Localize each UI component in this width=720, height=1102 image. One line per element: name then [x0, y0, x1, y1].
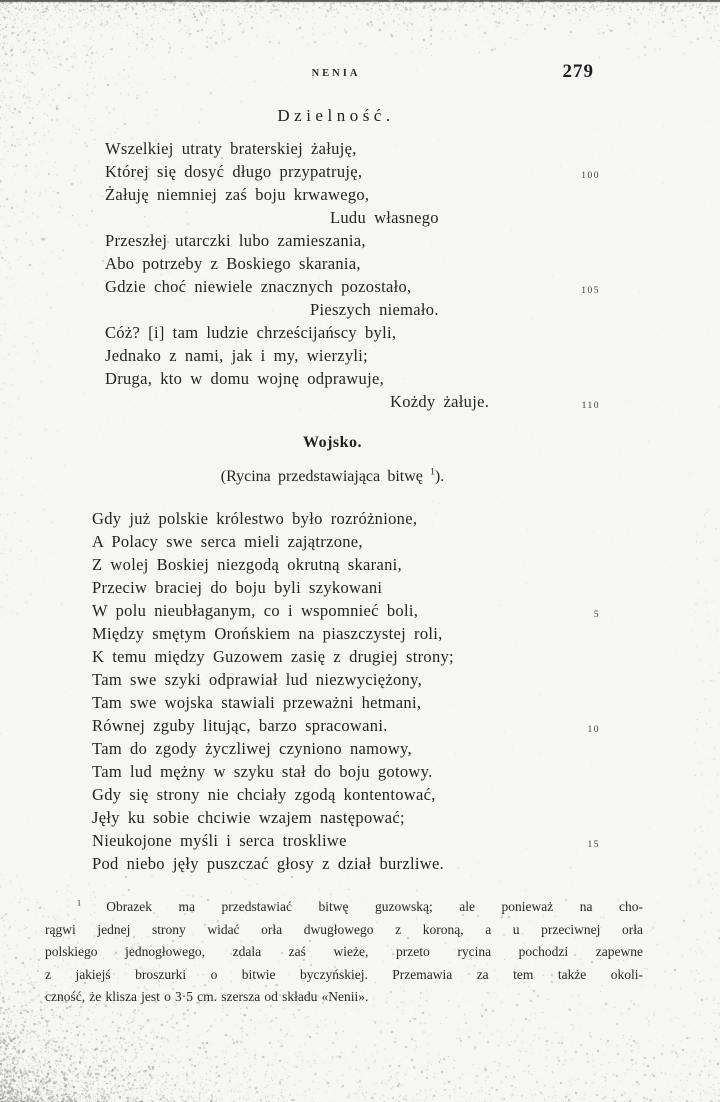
poem-line-text: Gdy już polskie królestwo było rozróżnio… [92, 509, 417, 528]
poem-line-text: Żałuję niemniej zaś boju krwawego, [105, 185, 369, 204]
poem-line: Z wolej Boskiej niezgodą okrutną skarani… [92, 553, 600, 576]
poem-line-text: Której się dosyć długo przypatruję, [105, 162, 362, 181]
poem-line: Kożdy żałuje.110 [390, 390, 600, 413]
poem-line: Żałuję niemniej zaś boju krwawego, [105, 183, 600, 206]
poem-line-text: Tam do zgody życzliwej czyniono namowy, [92, 739, 412, 758]
verse-line-number: 110 [582, 395, 600, 418]
poem-line-text: Tam swe wojska stawiali przeważni hetman… [92, 693, 421, 712]
poem-line-text: Pieszych niemało. [310, 300, 439, 319]
poem-line: W polu nieubłaganym, co i wspomnieć boli… [92, 599, 600, 622]
section-title-wojsko: Wojsko. [0, 434, 665, 452]
poem-line-text: A Polacy swe serca mieli zajątrzone, [92, 532, 363, 551]
poem-wojsko: Gdy już polskie królestwo było rozróżnio… [92, 507, 600, 875]
poem-line: K temu między Guzowem zasię z drugiej st… [92, 645, 600, 668]
footnote-line: polskiego jednogłowego, zdala zaś wieże,… [45, 941, 643, 964]
poem-line-text: Wszelkiej utraty braterskiej żałuję, [105, 139, 357, 158]
poem-line-text: Tam lud mężny w szyku stał do boju gotow… [92, 762, 433, 781]
poem-line: Tam swe szyki odprawiał lud niezwyciężon… [92, 668, 600, 691]
poem-line-text: K temu między Guzowem zasię z drugiej st… [92, 647, 454, 666]
poem-line: Gdzie choć niewiele znacznych pozostało,… [105, 275, 600, 298]
poem-line: A Polacy swe serca mieli zajątrzone, [92, 530, 600, 553]
poem-line: Abo potrzeby z Boskiego skarania, [105, 252, 600, 275]
footnote-line: rągwi jednej strony widać orła dwugłoweg… [45, 919, 643, 942]
poem-line-text: Jednako z nami, jak i my, wierzyli; [105, 346, 368, 365]
poem-line: Przeciw braciej do boju byli szykowani [92, 576, 600, 599]
poem-line: Między smętym Orońskiem na piaszczystej … [92, 622, 600, 645]
poem-line: Druga, kto w domu wojnę odprawuje, [105, 367, 600, 390]
poem-line: Jęły ku sobie chciwie wzajem następować; [92, 806, 600, 829]
footnote-line: czność, że klisza jest o 3·5 cm. szersza… [45, 986, 643, 1009]
poem-line-text: Cóż? [i] tam ludzie chrześcijańscy byli, [105, 323, 396, 342]
poem-line: Ludu własnego [330, 206, 600, 229]
poem-line-text: Między smętym Orońskiem na piaszczystej … [92, 624, 443, 643]
poem-line-text: Gdy się strony nie chciały zgodą kontent… [92, 785, 436, 804]
poem-line: Jednako z nami, jak i my, wierzyli; [105, 344, 600, 367]
poem-line-text: Ludu własnego [330, 208, 439, 227]
poem-line: Tam swe wojska stawiali przeważni hetman… [92, 691, 600, 714]
poem-line: Tam do zgody życzliwej czyniono namowy, [92, 737, 600, 760]
poem-line-text: Druga, kto w domu wojnę odprawuje, [105, 369, 384, 388]
poem-line: Równej zguby litując, barzo spracowani.1… [92, 714, 600, 737]
poem-line-text: Abo potrzeby z Boskiego skarania, [105, 254, 361, 273]
poem-line-text: Jęły ku sobie chciwie wzajem następować; [92, 808, 405, 827]
poem-line: Której się dosyć długo przypatruję,100 [105, 160, 600, 183]
poem-line: Tam lud mężny w szyku stał do boju gotow… [92, 760, 600, 783]
scanned-book-page: NENIA 279 Dzielność. Wszelkiej utraty br… [0, 0, 720, 1102]
poem-line: Pod niebo jęły puszczać głosy z dział bu… [92, 852, 600, 875]
poem-line-text: Kożdy żałuje. [390, 392, 489, 411]
page-number: 279 [520, 61, 594, 83]
footnote-line: z jakiejś broszurki o bitwie byczyńskiej… [45, 964, 643, 987]
poem-line-text: Gdzie choć niewiele znacznych pozostało, [105, 277, 411, 296]
poem-line: Gdy już polskie królestwo było rozróżnio… [92, 507, 600, 530]
poem-line: Gdy się strony nie chciały zgodą kontent… [92, 783, 600, 806]
poem-line-text: Nieukojone myśli i serca troskliwe [92, 831, 347, 850]
poem-line: Wszelkiej utraty braterskiej żałuję, [105, 137, 600, 160]
rycina-subtitle-text: (Rycina przedstawiająca bitwę [221, 468, 423, 485]
footnote: 1 Obrazek ma przedstawiać bitwę guzowską… [45, 896, 643, 1009]
rycina-subtitle-close: ). [435, 468, 444, 485]
poem-line: Przeszłej utarczki lubo zamieszania, [105, 229, 600, 252]
poem-line-text: Pod niebo jęły puszczać głosy z dział bu… [92, 854, 444, 873]
footnote-line: 1 Obrazek ma przedstawiać bitwę guzowską… [45, 896, 643, 919]
poem-line-text: Równej zguby litując, barzo spracowani. [92, 716, 388, 735]
rycina-subtitle: (Rycina przedstawiająca bitwę 1). [0, 468, 665, 486]
poem-line: Nieukojone myśli i serca troskliwe15 [92, 829, 600, 852]
poem-line: Pieszych niemało. [310, 298, 600, 321]
poem-line-text: Przeciw braciej do boju byli szykowani [92, 578, 382, 597]
poem-line-text: Z wolej Boskiej niezgodą okrutną skarani… [92, 555, 402, 574]
poem-line-text: W polu nieubłaganym, co i wspomnieć boli… [92, 601, 418, 620]
poem-line-text: Tam swe szyki odprawiał lud niezwyciężon… [92, 670, 422, 689]
footnote-marker: 1 [77, 899, 106, 908]
section-title-dzielnosc: Dzielność. [0, 106, 672, 126]
poem-line: Cóż? [i] tam ludzie chrześcijańscy byli, [105, 321, 600, 344]
poem-dzielnosc: Wszelkiej utraty braterskiej żałuję,Któr… [105, 137, 600, 413]
poem-line-text: Przeszłej utarczki lubo zamieszania, [105, 231, 366, 250]
